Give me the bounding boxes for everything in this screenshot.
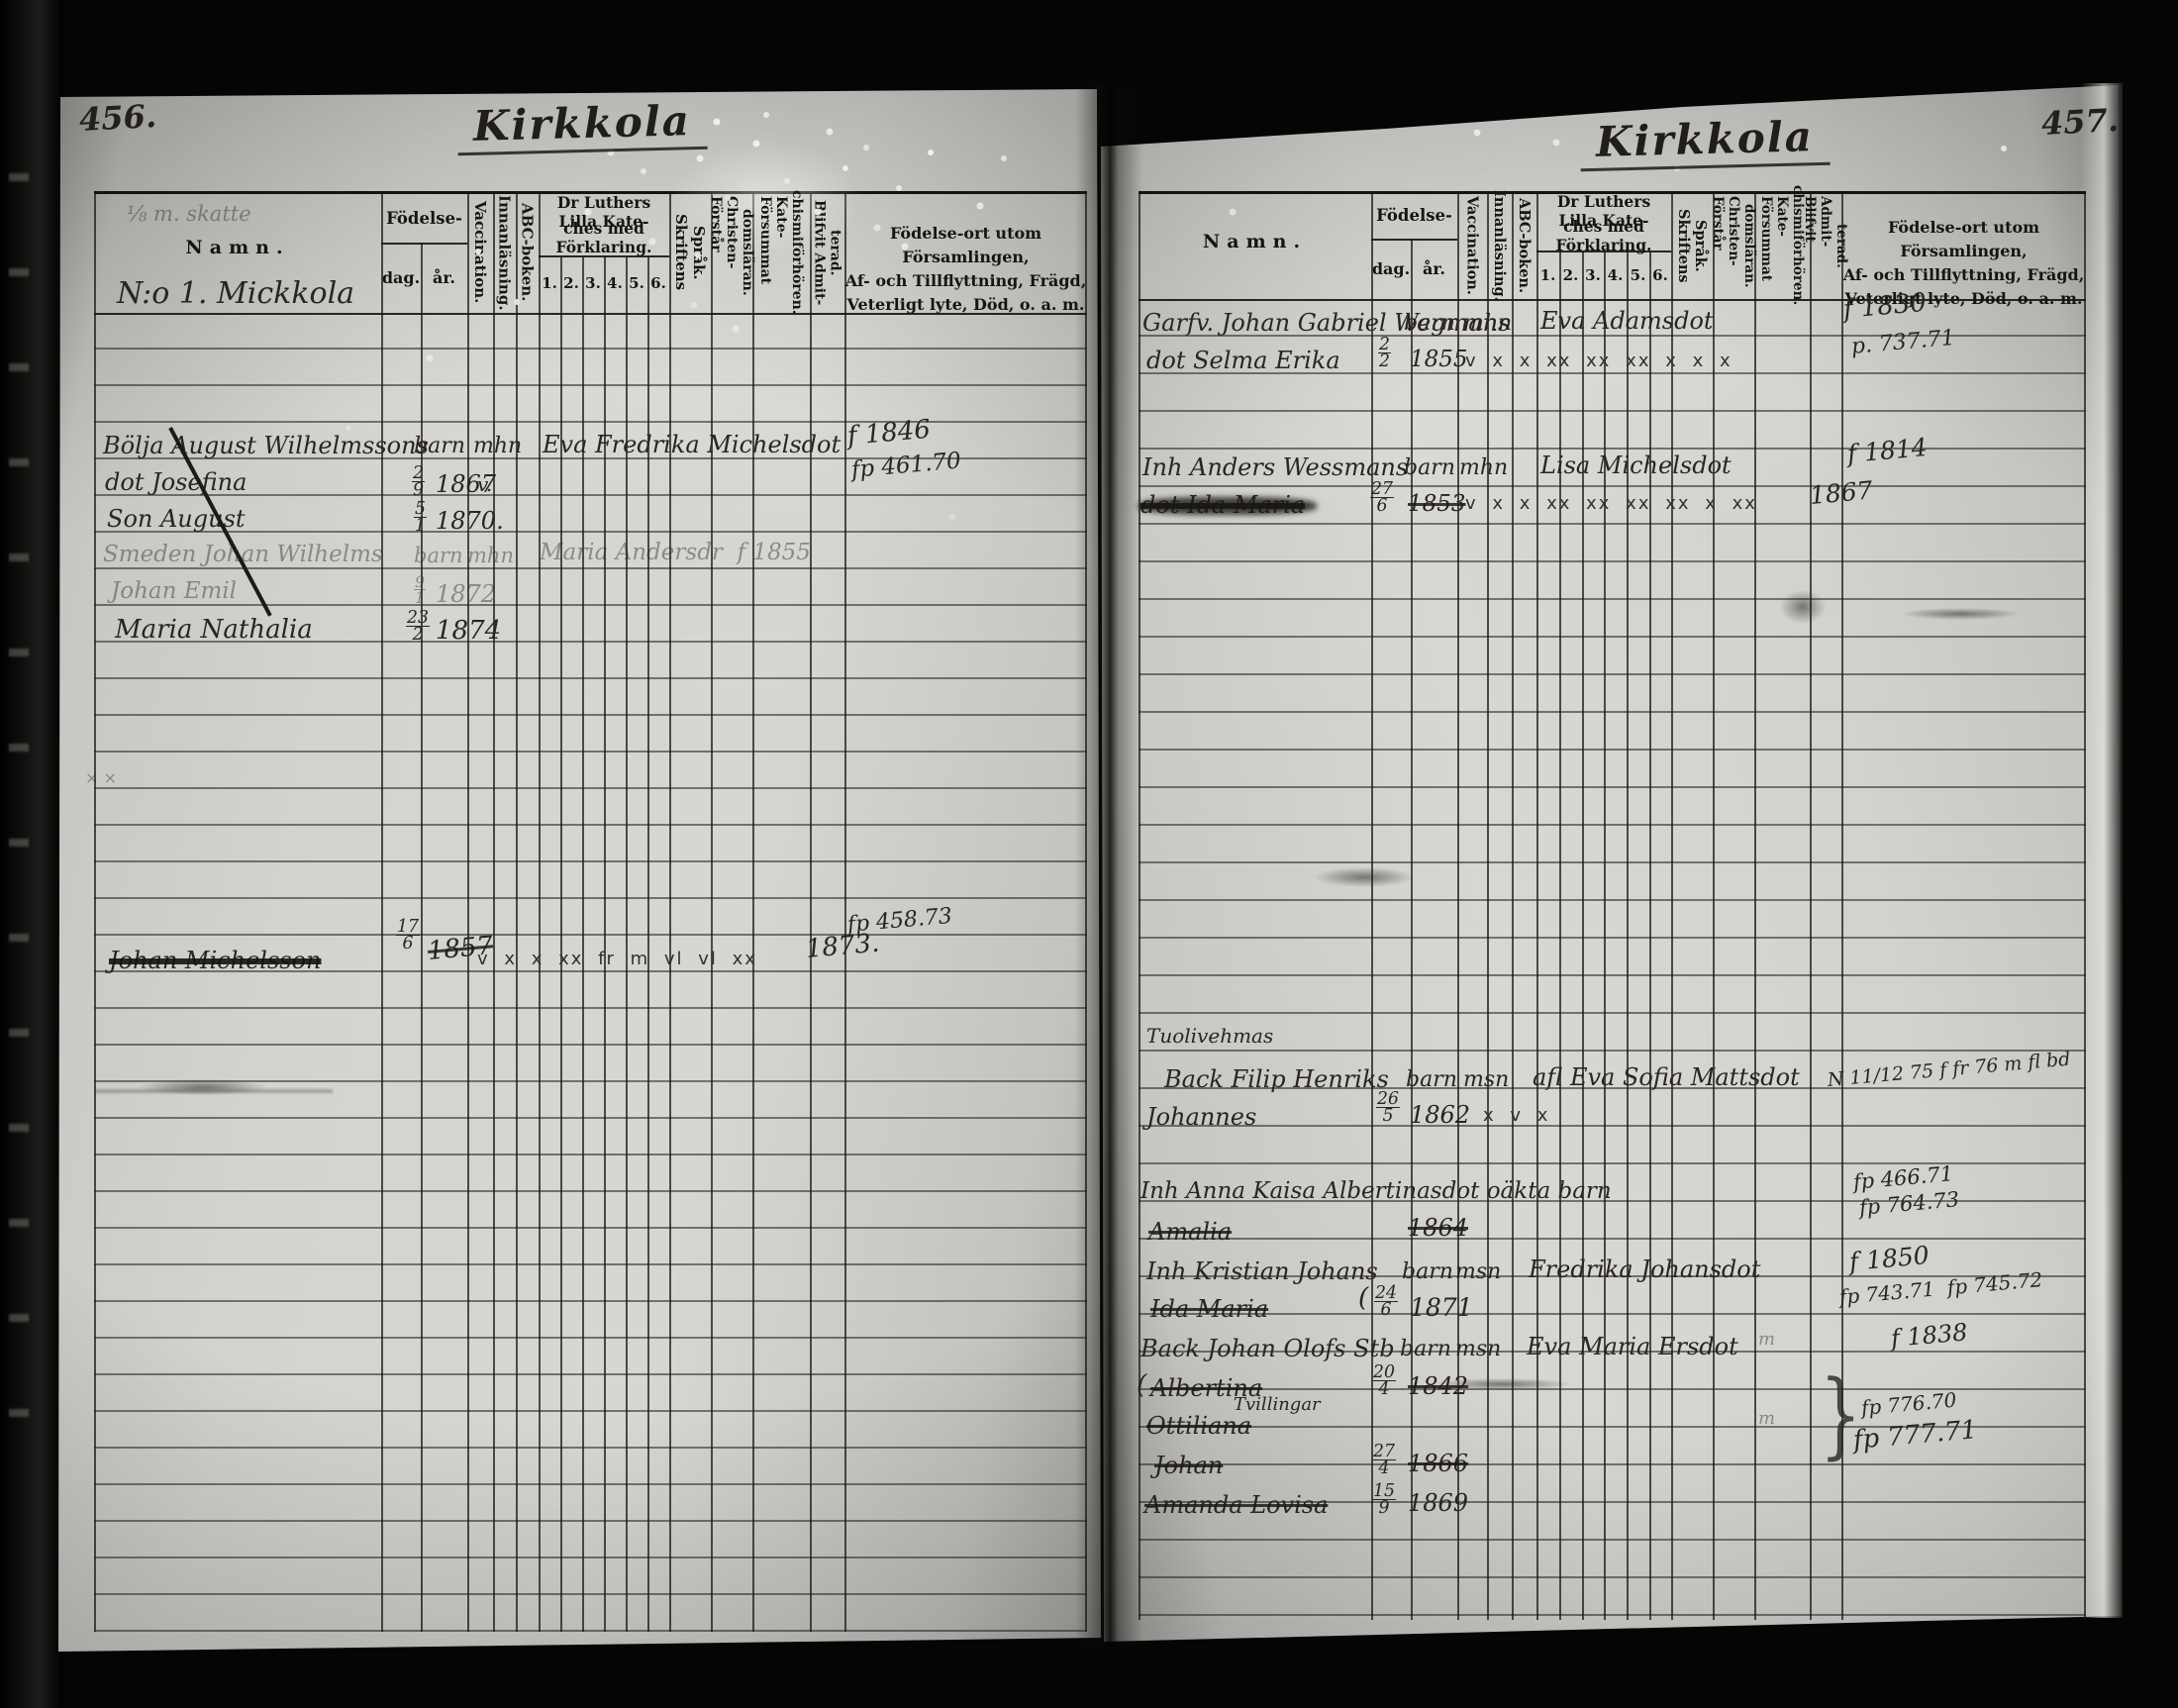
handwritten-entry: 1855 [1410, 349, 1468, 371]
handwritten-entry: Amalia [1148, 1220, 1232, 1244]
handwritten-entry: Back Johan Olofs Stb [1140, 1337, 1395, 1360]
remarks-line2: Af- och Tillflyttning, Frägd, [1841, 263, 2086, 287]
handwritten-entry: barn [1404, 457, 1455, 479]
col-header-abc: ABC-boken. [1512, 196, 1536, 295]
handwritten-entry: Eva Adamsdot [1540, 309, 1714, 333]
col-header-forsummat-line1: Försummat Kate- [1758, 196, 1790, 295]
book-scan: 456. Kirkkola Kirkkola 457. Namn. Födels… [0, 0, 2178, 1708]
col-header-vaccination: Vaccination. [1457, 196, 1487, 295]
handwritten-entry: Inh Anders Wessmans [1142, 455, 1408, 479]
handwritten-entry: f 1850 [1848, 1243, 1930, 1274]
handwritten-entry: Inh Anna Kaisa Albertinasdot oäkta barn [1140, 1180, 1612, 1203]
remarks-line2: Af- och Tillflyttning, Frägd, [844, 269, 1087, 293]
handwritten-entry: 246 [1374, 1285, 1398, 1319]
col-header-skriftens: Skriftens Språk. [1671, 196, 1713, 295]
col-header-ar: år. [421, 248, 467, 307]
smudge-mark [1780, 590, 1826, 624]
column-divider [604, 256, 606, 1632]
column-divider [1713, 194, 1715, 1620]
smudge-mark [139, 1079, 267, 1095]
handwritten-entry: f 1814 [1846, 435, 1929, 466]
katekes-col-2: 2. [1559, 254, 1582, 296]
col-header-innanlasning: Innanläsning. [1487, 196, 1512, 295]
col-header-skriftens: Skriftens Språk. [669, 196, 711, 309]
handwritten-entry: Maria Nathalia [115, 617, 313, 643]
handwritten-entry: 51 [414, 501, 427, 535]
handwritten-entry: Eva Fredrika Michelsdot [543, 433, 841, 456]
handwritten-entry: v. [477, 474, 492, 494]
col-header-dag: dag. [1371, 242, 1411, 296]
col-header-namn: Namn. [1138, 210, 1371, 273]
handwritten-entry: mhn [473, 436, 522, 457]
farm-annotation: ⅛ m. skatte [127, 204, 251, 225]
fodelse-divider-right [1371, 239, 1457, 241]
column-divider [810, 194, 812, 1632]
column-divider [467, 194, 469, 1632]
katekes-col-3: 3. [1582, 254, 1604, 296]
smudge-mark [1315, 867, 1414, 887]
handwritten-entry: barn [1404, 313, 1455, 335]
remarks-line1: Födelse-ort utom Församlingen, [844, 222, 1087, 269]
col-header-blifvit: Blifvit Admit- terad. [810, 196, 844, 309]
column-divider [1810, 194, 1812, 1620]
handwritten-entry: 1866 [1408, 1452, 1468, 1475]
handwritten-entry: Amanda Lovisa [1144, 1493, 1328, 1517]
col-header-blifvit-line1: Blifvit Admit- [812, 200, 828, 305]
handwritten-entry: msn [1463, 1069, 1509, 1091]
column-divider [626, 256, 628, 1632]
handwritten-entry: Lisa Michelsdot [1540, 453, 1732, 477]
col-header-fodelse: Födelse- [1371, 196, 1457, 234]
col-header-forstar-line1: Förstår Christen- [1710, 196, 1741, 295]
handwritten-entry: Johannes [1146, 1105, 1256, 1129]
katekes-col-6: 6. [1649, 254, 1671, 296]
page-title-left: Kirkkola [456, 96, 707, 156]
column-divider [516, 194, 518, 1632]
col-header-vaccination: Vaccination. [467, 196, 493, 309]
handwritten-entry: f 1830 [1842, 290, 1928, 323]
handwritten-entry: m [1758, 1410, 1775, 1428]
column-divider [94, 194, 96, 1632]
column-divider [493, 194, 495, 1632]
column-divider [1371, 194, 1373, 1620]
col-header-forstar-line1: Förstår Christen- [708, 196, 740, 309]
column-divider [1085, 194, 1087, 1632]
handwritten-entry: 176 [396, 919, 420, 953]
handwritten-entry: ( [1358, 1285, 1368, 1311]
col-header-forstar: Förstår Christen- domsläran. [1713, 196, 1754, 295]
handwritten-entry: 204 [1372, 1364, 1396, 1398]
column-divider [1457, 194, 1459, 1620]
handwritten-entry: m [1758, 1331, 1775, 1349]
column-divider [752, 194, 754, 1632]
col-header-forstar: Förstår Christen- domsläran. [711, 196, 752, 309]
handwritten-entry: dot Selma Erika [1146, 349, 1340, 372]
handwritten-entry: Eva Maria Ersdot [1527, 1335, 1738, 1358]
handwritten-entry: Tuolivehmas [1146, 1026, 1273, 1046]
katekes-col-4: 4. [1604, 254, 1627, 296]
col-header-forsummat-line1: Försummat Kate- [757, 196, 789, 309]
handwritten-entry: Bölja August Wilhelmssons [103, 434, 429, 457]
handwritten-entry: f 1838 [1890, 1320, 1968, 1351]
katekes-col-3: 3. [582, 259, 604, 307]
handwritten-entry: barn [414, 546, 463, 566]
katekes-col-4: 4. [604, 259, 626, 307]
column-divider [1536, 194, 1538, 1620]
handwritten-entry: barn [414, 436, 465, 457]
handwritten-entry: Maria Andersdr f 1855 [540, 542, 811, 564]
handwritten-entry: 22 [1378, 337, 1391, 370]
handwritten-entry: Johan Emil [111, 580, 237, 603]
smudge-mark [1434, 1378, 1572, 1390]
col-header-dag: dag. [381, 248, 421, 307]
handwritten-entry: 159 [1372, 1483, 1396, 1517]
smudge-mark [1901, 608, 2020, 620]
column-divider [1671, 194, 1673, 1620]
handwritten-entry: 1862 [1410, 1103, 1470, 1127]
col-header-innanlasning: Innanläsning. [493, 196, 516, 309]
handwritten-entry: v x x xx xx xx xx x xx [1465, 495, 1757, 513]
handwritten-entry: Johan Michelsson [109, 949, 322, 972]
page-title-right: Kirkkola [1579, 112, 1830, 172]
handwritten-entry: 1867 [1809, 478, 1874, 508]
handwritten-entry: Ida Maria [1150, 1297, 1268, 1321]
col-header-blifvit-line1: Blifvit Admit- [1802, 196, 1833, 295]
column-divider [1411, 240, 1413, 1620]
handwritten-entry: afl Eva Sofia Mattsdot [1533, 1065, 1800, 1089]
handwritten-entry: Fredrika Johansdot [1529, 1257, 1760, 1281]
handwritten-entry: Ottiliana [1146, 1414, 1251, 1438]
handwritten-entry: Johan [1154, 1454, 1223, 1477]
remarks-line1: Födelse-ort utom Församlingen, [1841, 216, 2086, 263]
handwritten-entry: v x x xx fr m vl vl xx [477, 951, 757, 968]
handwritten-entry: barn [1400, 1339, 1451, 1360]
col-header-katekes-line2: ches med Förklaring. [1536, 223, 1671, 248]
col-header-forsummat: Försummat Kate- chismiförhören. [752, 196, 810, 309]
handwritten-entry: 1870. [436, 509, 504, 533]
handwritten-entry: 1872 [436, 582, 496, 606]
katekes-col-6: 6. [647, 259, 669, 307]
column-divider [1754, 194, 1756, 1620]
smudge-mark [1138, 497, 1317, 515]
column-divider [711, 194, 713, 1632]
margin-mark: × × [85, 770, 117, 786]
handwritten-entry: msn [1455, 1261, 1501, 1283]
handwritten-entry: mhn [1459, 457, 1508, 479]
katekes-col-1: 1. [1536, 254, 1559, 296]
col-header-blifvit-line2: terad. [828, 230, 843, 275]
column-divider [539, 194, 541, 1632]
handwritten-entry: mhn [467, 546, 514, 566]
column-divider [1487, 194, 1489, 1620]
village-heading: N:o 1. Mickkola [117, 279, 354, 309]
fodelse-divider-left [381, 243, 467, 245]
katekes-col-2: 2. [560, 259, 582, 307]
handwritten-entry: x v x [1483, 1107, 1549, 1125]
handwritten-entry: f 1846 [846, 417, 932, 450]
column-divider [669, 194, 671, 1632]
column-divider [381, 194, 383, 1632]
col-header-fodelse: Födelse- [381, 198, 467, 238]
remarks-line3: Veterligt lyte, Död, o. a. m. [844, 293, 1087, 317]
handwritten-entry: barn [1402, 1261, 1453, 1283]
handwritten-entry: 1869 [1408, 1491, 1468, 1515]
katekes-col-1: 1. [539, 259, 560, 307]
handwritten-entry: 274 [1372, 1444, 1396, 1477]
katekes-col-5: 5. [626, 259, 647, 307]
handwritten-entry: Back Filip Henriks [1164, 1067, 1389, 1091]
page-number-right: 457. [2040, 101, 2120, 143]
handwritten-entry: msn [1455, 1339, 1501, 1360]
handwritten-entry: 29 [412, 465, 425, 499]
column-divider [2084, 194, 2086, 1620]
handwritten-entry: 1871 [1410, 1295, 1473, 1320]
handwritten-entry: Inh Kristian Johans [1146, 1259, 1378, 1283]
handwritten-entry: 232 [406, 610, 430, 644]
col-header-forsummat-line2: chismiförhören. [789, 190, 805, 315]
column-divider [647, 256, 649, 1632]
handwritten-entry: barn [1406, 1069, 1457, 1091]
col-header-katekes-line2: ches med Förklaring. [539, 225, 669, 251]
column-divider [1138, 194, 1140, 1620]
handwritten-entry: 276 [1370, 481, 1394, 515]
column-divider [582, 256, 584, 1632]
handwritten-entry: 91 [414, 574, 426, 605]
col-header-remarks: Födelse-ort utom Församlingen, Af- och T… [844, 222, 1087, 317]
handwritten-entry: mhn [1463, 313, 1512, 335]
handwritten-entry: 265 [1376, 1091, 1400, 1125]
handwritten-entry: 1874 [436, 618, 501, 644]
handwritten-entry: ( [1137, 1372, 1146, 1398]
column-divider [560, 256, 562, 1632]
col-header-ar: år. [1411, 242, 1457, 296]
handwritten-entry: v x x xx xx xx x x x [1465, 352, 1732, 370]
dust-specks [0, 0, 4, 4]
handwritten-entry: dot Josefina [105, 470, 247, 494]
handwritten-entry: 1853 [1408, 493, 1466, 516]
col-header-blifvit: Blifvit Admit- terad. [1810, 196, 1841, 295]
handwritten-entry: 1864 [1408, 1216, 1468, 1240]
col-header-abc: ABC-boken. [516, 196, 539, 309]
katekes-col-5: 5. [1627, 254, 1649, 296]
page-number-left: 456. [78, 97, 157, 139]
column-divider [1512, 194, 1514, 1620]
